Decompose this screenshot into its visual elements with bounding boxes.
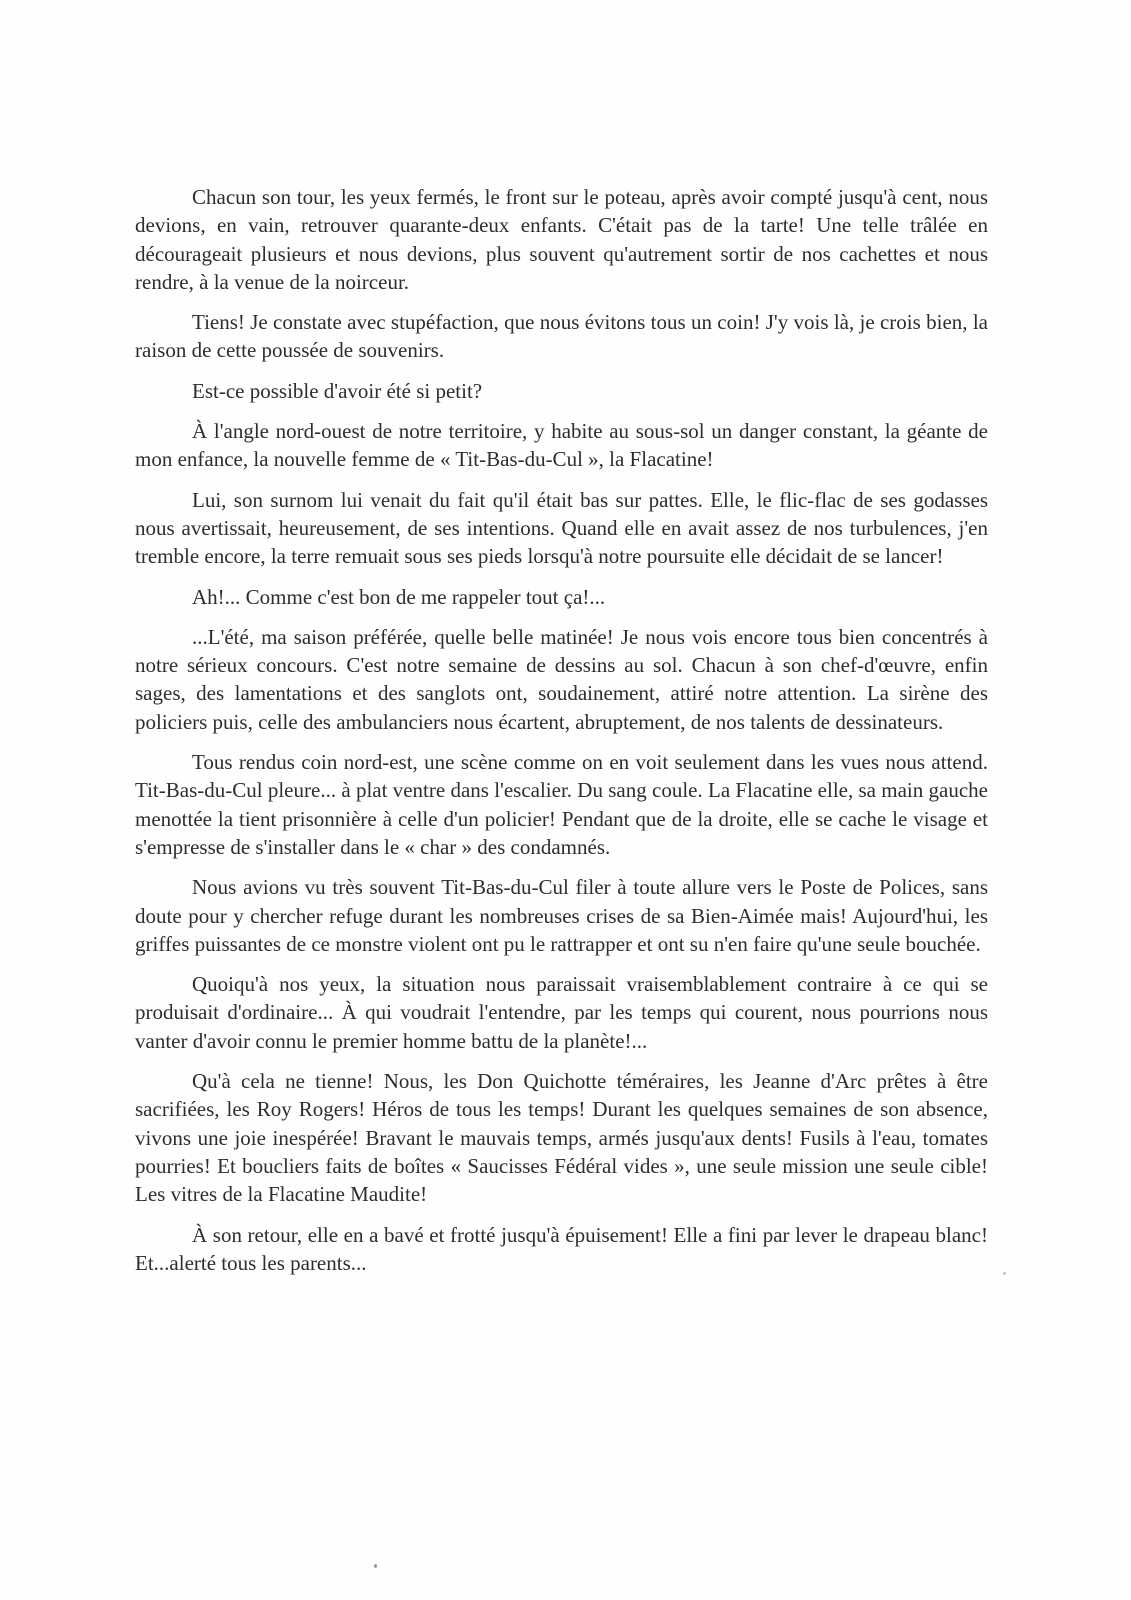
paragraph: Qu'à cela ne tienne! Nous, les Don Quich… xyxy=(135,1067,988,1208)
paragraph: Tous rendus coin nord-est, une scène com… xyxy=(135,748,988,861)
paragraph: Nous avions vu très souvent Tit-Bas-du-C… xyxy=(135,873,988,958)
paragraph: Lui, son surnom lui venait du fait qu'il… xyxy=(135,486,988,571)
paragraph: À son retour, elle en a bavé et frotté j… xyxy=(135,1221,988,1278)
paragraph: Ah!... Comme c'est bon de me rappeler to… xyxy=(135,583,988,611)
body-text: Chacun son tour, les yeux fermés, le fro… xyxy=(135,183,988,1277)
paragraph: À l'angle nord-ouest de notre territoire… xyxy=(135,417,988,474)
scan-speck xyxy=(1003,1272,1006,1275)
paragraph: Tiens! Je constate avec stupéfaction, qu… xyxy=(135,308,988,365)
paragraph: Est-ce possible d'avoir été si petit? xyxy=(135,377,988,405)
paragraph: Quoiqu'à nos yeux, la situation nous par… xyxy=(135,970,988,1055)
paragraph: ...L'été, ma saison préférée, quelle bel… xyxy=(135,623,988,736)
scanned-page: Chacun son tour, les yeux fermés, le fro… xyxy=(0,0,1131,1600)
scan-speck xyxy=(374,1564,377,1568)
paragraph: Chacun son tour, les yeux fermés, le fro… xyxy=(135,183,988,296)
